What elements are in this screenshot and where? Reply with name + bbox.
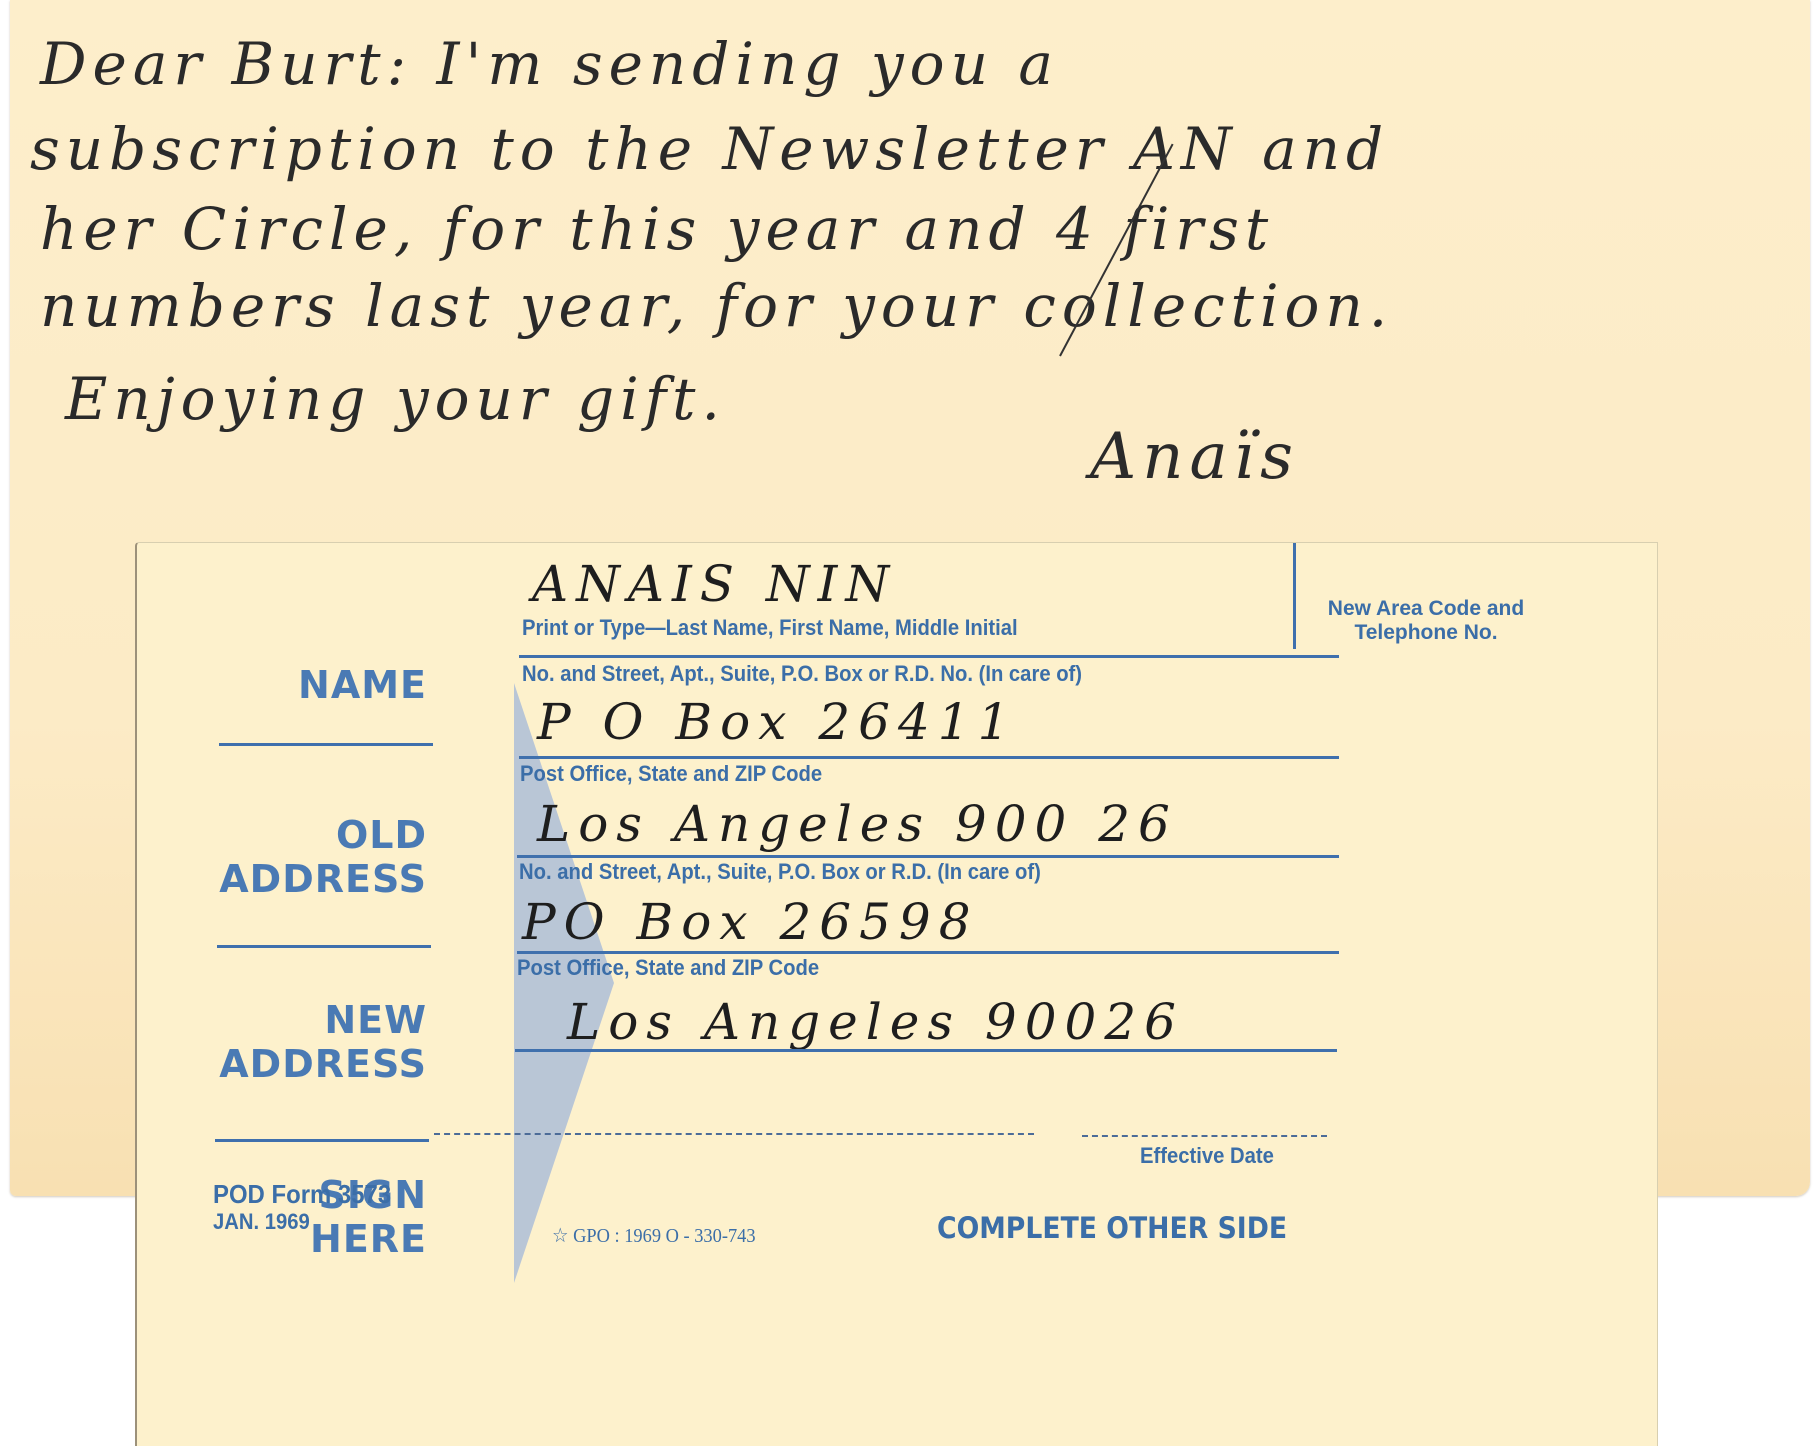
form-date: JAN. 1969 (213, 1209, 310, 1235)
signature-line[interactable] (434, 1133, 1034, 1135)
effective-date-caption: Effective Date (1140, 1143, 1274, 1169)
letter-line-4: numbers last year, for your collection. (40, 272, 1393, 340)
new-street-value[interactable]: PO Box 26598 (522, 893, 979, 951)
letter-line-2: subscription to the Newsletter AN and (30, 115, 1389, 183)
signature: Anaïs (1090, 420, 1299, 494)
new-city-underline (515, 1049, 1337, 1052)
name-divider (219, 743, 433, 746)
name-label: NAME (298, 663, 427, 707)
letter-line-3: her Circle, for this year and 4 first (40, 195, 1274, 263)
gpo-line: ☆ GPO : 1969 O - 330-743 (552, 1223, 756, 1248)
change-of-address-card: NAME OLD ADDRESS NEW ADDRESS SIGN HERE A… (135, 542, 1658, 1446)
old-city-underline (517, 855, 1339, 858)
form-id: POD Form 3573 (213, 1179, 391, 1210)
old-address-divider (217, 945, 431, 948)
phone-divider (1293, 543, 1296, 649)
name-value[interactable]: ANAIS NIN (532, 555, 897, 613)
new-street-caption: No. and Street, Apt., Suite, P.O. Box or… (519, 859, 1041, 885)
old-street-underline (519, 756, 1339, 759)
old-address-label: OLD ADDRESS (219, 813, 427, 901)
new-address-divider (215, 1139, 429, 1142)
old-city-caption: Post Office, State and ZIP Code (520, 761, 822, 787)
name-caption: Print or Type—Last Name, First Name, Mid… (522, 615, 1018, 641)
new-street-underline (517, 951, 1339, 954)
letter-line-1: Dear Burt: I'm sending you a (40, 30, 1059, 98)
effective-date-line[interactable] (1082, 1135, 1327, 1137)
old-street-caption: No. and Street, Apt., Suite, P.O. Box or… (522, 661, 1082, 687)
phone-caption: New Area Code and Telephone No. (1311, 597, 1541, 645)
letter-line-5: Enjoying your gift. (65, 365, 726, 433)
old-street-value[interactable]: P O Box 26411 (537, 693, 1017, 751)
new-city-caption: Post Office, State and ZIP Code (517, 955, 819, 981)
name-underline (519, 655, 1339, 658)
new-city-value[interactable]: Los Angeles 90026 (567, 993, 1184, 1051)
complete-other-side: COMPLETE OTHER SIDE (937, 1211, 1287, 1245)
old-city-value[interactable]: Los Angeles 900 26 (537, 795, 1178, 853)
new-address-label: NEW ADDRESS (219, 998, 427, 1086)
